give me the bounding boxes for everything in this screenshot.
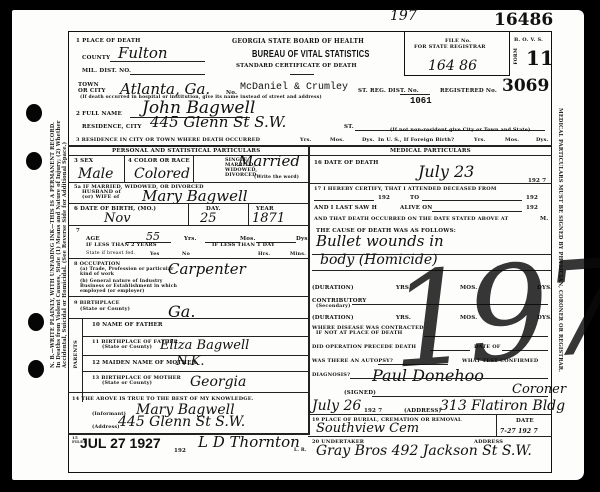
address-label: (Address) bbox=[92, 424, 120, 430]
overwrite-numerals: 197 bbox=[385, 230, 600, 398]
age-dys-label: Dys. bbox=[296, 236, 310, 242]
county-label: COUNTY bbox=[82, 55, 110, 61]
residence-mos-label: Mos. bbox=[330, 137, 344, 143]
marital-divorced: DIVORCED bbox=[225, 172, 256, 178]
bovs-label: B. O. V. S. bbox=[514, 37, 543, 43]
signed-date: July 26 bbox=[312, 398, 361, 414]
burial-place: Southview Cem bbox=[316, 421, 419, 436]
signed-address-value: 313 Flatiron Bldg bbox=[440, 398, 565, 414]
nonres-note: (If not non-resident give City or Town a… bbox=[390, 127, 531, 133]
diagnosis-label: DIAGNOSIS? bbox=[312, 372, 350, 378]
burial-date-label: DATE bbox=[516, 418, 534, 424]
filed-stamp: JUL 27 1927 bbox=[80, 435, 161, 451]
medical-section-title: MEDICAL PARTICULARS bbox=[390, 148, 471, 154]
town-label: TOWN OR CITY bbox=[78, 82, 108, 94]
spouse-label-3: (or) WIFE of bbox=[82, 194, 119, 200]
file-registrar-label: FOR STATE REGISTRAR bbox=[414, 44, 486, 50]
county-value: Fulton bbox=[118, 44, 168, 62]
sex-value: Male bbox=[78, 166, 113, 182]
registered-number: 3069 bbox=[502, 76, 549, 96]
color-value: Colored bbox=[134, 166, 190, 182]
top-annotation: 197 bbox=[390, 8, 417, 24]
form-label: FORM bbox=[514, 48, 519, 65]
file-number-value: 164 86 bbox=[428, 58, 477, 74]
institution-name: McDaniel & Crumley bbox=[240, 82, 348, 93]
punch-hole bbox=[28, 360, 44, 378]
sex-label: 3 SEX bbox=[74, 158, 93, 164]
residence-yrs-label: Yrs. bbox=[300, 137, 312, 143]
full-name-label: 2 FULL NAME bbox=[76, 111, 122, 117]
dob-day: 25 bbox=[200, 211, 217, 226]
standard-title: STANDARD CERTIFICATE OF DEATH bbox=[236, 63, 357, 69]
occupation-b: (b) General nature of Industry Business … bbox=[80, 279, 185, 294]
less-than-2-years: IF LESS THAN 2 YEARS bbox=[86, 242, 157, 248]
occupation-value: Carpenter bbox=[168, 260, 246, 278]
date-of-death-label: 16 DATE OF DEATH bbox=[314, 160, 379, 166]
breast-hrs: Hrs. bbox=[258, 251, 270, 257]
write-word-note: (Write the word) bbox=[254, 175, 299, 180]
certify-statement: 17 I HEREBY CERTIFY, THAT I ATTENDED DEC… bbox=[314, 186, 497, 192]
undertaker-value: Gray Bros 492 Jackson St S.W. bbox=[316, 443, 532, 459]
mil-dist-label: MIL. DIST. NO. bbox=[82, 68, 131, 74]
registrar-suffix: L. R. bbox=[294, 448, 307, 453]
address-value: 445 Glenn St S.W. bbox=[118, 414, 245, 430]
parents-label: PARENTS bbox=[73, 340, 79, 369]
age-yrs-label: Yrs. bbox=[184, 236, 197, 242]
alive-on-label: ALIVE ON bbox=[400, 205, 433, 211]
punch-hole bbox=[26, 104, 42, 122]
residence-dys-label: Dys. bbox=[362, 137, 375, 143]
secondary-label: (Secondary) bbox=[316, 303, 351, 309]
punch-hole bbox=[28, 313, 44, 331]
foreign-dys-label: Dys. bbox=[536, 137, 549, 143]
alive-on-year: 192 bbox=[526, 205, 538, 211]
bureau-title: BUREAU OF VITAL STATISTICS bbox=[252, 48, 370, 60]
street-number: 1061 bbox=[410, 96, 432, 106]
certify-year-to: 192 bbox=[526, 195, 538, 201]
certificate-number: 16486 bbox=[494, 10, 553, 30]
breast-no: No bbox=[182, 251, 190, 257]
mother-birthplace-value: Georgia bbox=[190, 374, 246, 390]
less-than-1-day: IF LESS THAN 1 DAY bbox=[212, 242, 275, 248]
dob-month: Nov bbox=[104, 211, 131, 226]
board-title: GEORGIA STATE BOARD OF HEALTH bbox=[232, 38, 364, 45]
burial-date-value: 7-27 192 7 bbox=[500, 428, 538, 435]
foreign-mos-label: Mos. bbox=[505, 137, 519, 143]
certify-year-from: 192 bbox=[378, 195, 390, 201]
duration-label-2: (DURATION) bbox=[312, 315, 354, 321]
death-occurred-statement: AND THAT DEATH OCCURRED ON THE DATE STAT… bbox=[314, 216, 508, 222]
residence-city-label: 3 RESIDENCE IN CITY OR TOWN WHERE DEATH … bbox=[76, 137, 260, 143]
residence-value: 445 Glenn St S.W. bbox=[150, 113, 286, 131]
color-label: 4 COLOR OR RACE bbox=[128, 158, 190, 164]
death-time-m: M. bbox=[540, 216, 548, 222]
mother-name-value: N.K. bbox=[176, 354, 205, 369]
registered-label: REGISTERED No. bbox=[440, 88, 497, 94]
certify-to-label: TO bbox=[410, 195, 419, 201]
if-not-label: IF NOT AT PLACE OF DEATH bbox=[316, 330, 402, 336]
bovs-form-number: 11 bbox=[526, 46, 554, 70]
date-of-death-value: July 23 bbox=[418, 162, 474, 181]
filed-label: 15 FILED bbox=[72, 436, 80, 444]
father-birthplace-value: Eliza Bagwell bbox=[160, 338, 249, 353]
marital-value: Married bbox=[238, 152, 300, 170]
occupation-a: (a) Trade, Profession or particular kind… bbox=[80, 267, 175, 277]
breast-mins: Mins. bbox=[290, 251, 306, 257]
foreign-birth-label: In U. S., If Foreign Birth? bbox=[378, 137, 454, 143]
mother-birthplace-sub: (State or County) bbox=[102, 380, 152, 386]
foreign-yrs-label: Yrs. bbox=[474, 137, 486, 143]
last-saw-label: AND I LAST SAW H bbox=[314, 205, 377, 211]
duration-label-1: (DURATION) bbox=[312, 285, 354, 291]
punch-hole bbox=[26, 152, 42, 170]
registrar-signature: L D Thornton bbox=[198, 433, 300, 451]
father-name-label: 10 NAME OF FATHER bbox=[92, 322, 163, 328]
residence-label: RESIDENCE, CITY bbox=[82, 124, 142, 130]
breast-fed-label: State if breast fed. bbox=[86, 251, 135, 256]
st-label: ST. bbox=[344, 124, 354, 130]
dob-year: 1871 bbox=[252, 211, 285, 226]
age-number: 7 bbox=[76, 228, 80, 234]
birthplace-sub: (State or County) bbox=[80, 306, 130, 312]
filed-year-suffix: 192 bbox=[174, 448, 186, 454]
father-birthplace-sub: (State or County) bbox=[102, 344, 152, 350]
breast-yes: Yes bbox=[150, 251, 159, 257]
